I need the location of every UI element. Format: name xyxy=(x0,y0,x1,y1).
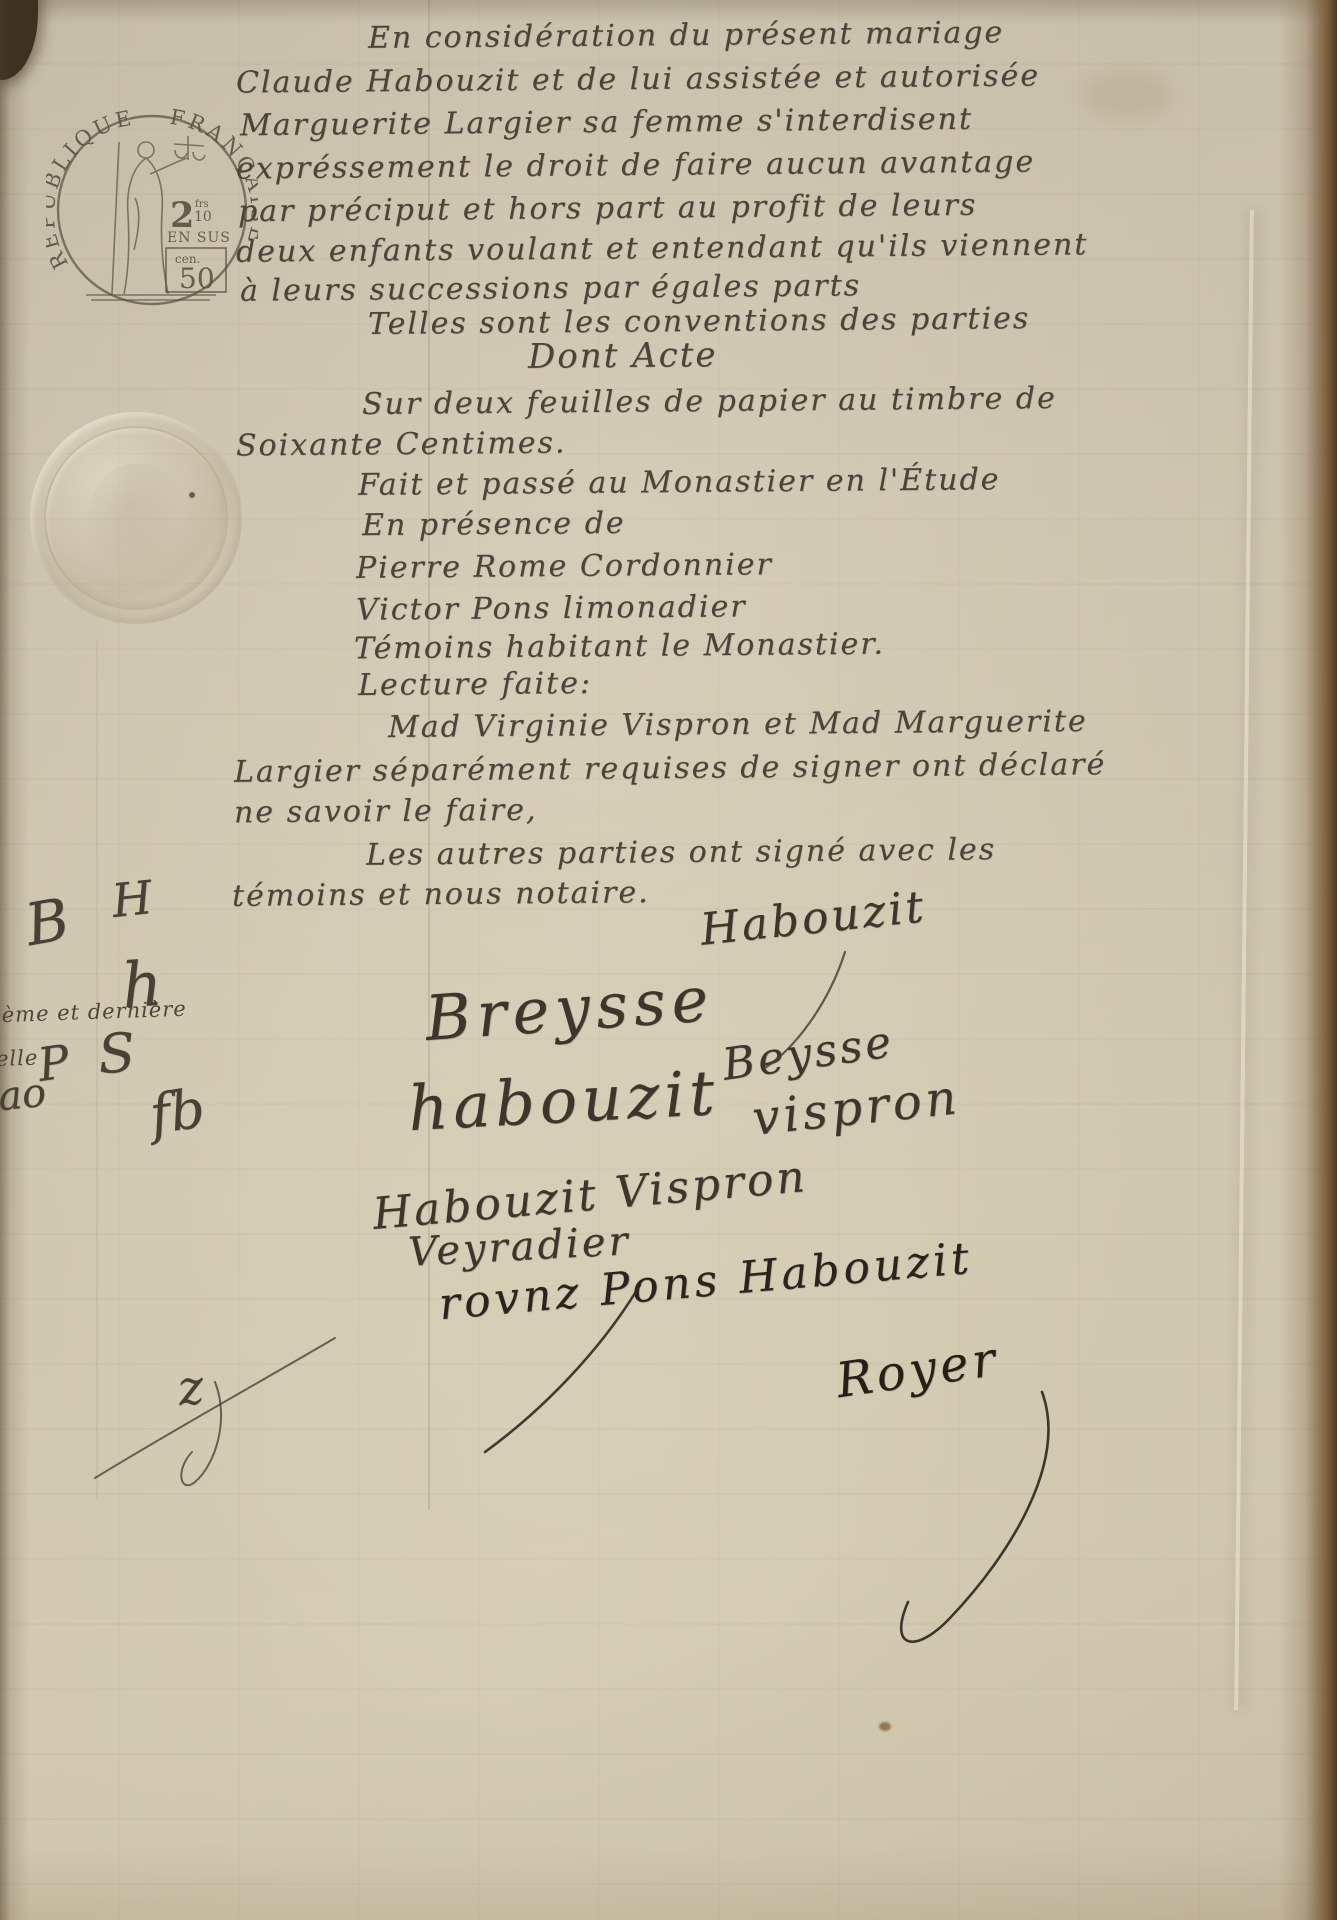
manuscript-line: Largier séparément requises de signer on… xyxy=(234,747,1107,790)
margin-paraph: S xyxy=(96,1021,137,1086)
manuscript-line: En présence de xyxy=(362,506,626,543)
revenue-stamp: RÉPUBLIQUE FRANÇAISE 2 frs 10 EN SUS cen… xyxy=(46,98,258,324)
embossed-seal xyxy=(30,412,242,624)
manuscript-line: Dont Acte xyxy=(528,335,718,377)
manuscript-line: témoins et nous notaire. xyxy=(232,875,650,914)
page-left-edge xyxy=(0,0,10,1920)
stain xyxy=(1082,70,1172,120)
stamp-surcharge: EN SUS xyxy=(167,230,231,246)
manuscript-line: Claude Habouzit et de lui assistée et au… xyxy=(236,58,1040,100)
manuscript-line: Sur deux feuilles de papier au timbre de xyxy=(362,381,1057,422)
margin-paraph: fb xyxy=(146,1077,209,1147)
stamp-value-small-bottom: 10 xyxy=(194,209,212,225)
margin-paraph: H xyxy=(109,870,155,928)
signature-habouzit-notary: Habouzit xyxy=(698,881,929,955)
manuscript-line: Marguerite Largier sa femme s'interdisen… xyxy=(240,102,973,143)
signature-royer: Royer xyxy=(833,1331,1003,1409)
margin-paraph: ao xyxy=(0,1070,48,1121)
manuscript-line: deux enfants voulant et entendant qu'ils… xyxy=(236,227,1089,269)
manuscript-line: Témoins habitant le Monastier. xyxy=(354,627,885,667)
paper-fold-line xyxy=(96,640,98,1500)
stamp-arc-left: RÉPUBLIQUE xyxy=(46,105,137,273)
manuscript-line: Fait et passé au Monastier en l'Étude xyxy=(358,462,1001,503)
manuscript-line: Soixante Centimes. xyxy=(236,426,567,464)
stamp-cents-value: 50 xyxy=(179,262,215,295)
signature-habouzit-large: habouzit xyxy=(406,1056,721,1145)
stamp-value: 2 frs 10 EN SUS cen. 50 xyxy=(166,195,231,295)
paper-crease xyxy=(1234,210,1254,1710)
ink-flourish xyxy=(901,1392,1048,1642)
manuscript-line: Mad Virginie Vispron et Mad Marguerite xyxy=(388,704,1088,745)
manuscript-line: expréssement le droit de faire aucun ava… xyxy=(236,145,1035,187)
manuscript-line: Lecture faite: xyxy=(358,666,592,703)
manuscript-line: En considération du présent mariage xyxy=(368,15,1005,56)
ink-flourish xyxy=(95,1338,335,1478)
manuscript-line: Victor Pons limonadier xyxy=(356,589,747,627)
manuscript-line: Pierre Rome Cordonnier xyxy=(356,547,773,586)
signature-breysse: Breysse xyxy=(423,962,717,1055)
page-right-edge xyxy=(1279,0,1337,1920)
manuscript-line: par préciput et hors part au profit de l… xyxy=(238,188,978,229)
manuscript-line: ne savoir le faire, xyxy=(234,793,538,831)
margin-paraph: B xyxy=(20,885,74,959)
manuscript-line: Les autres parties ont signé avec les xyxy=(366,832,996,872)
manuscript-page: RÉPUBLIQUE FRANÇAISE 2 frs 10 EN SUS cen… xyxy=(0,0,1337,1920)
stain xyxy=(879,1722,891,1731)
margin-paraph: z xyxy=(175,1359,206,1417)
margin-paraph: h xyxy=(120,947,165,1023)
